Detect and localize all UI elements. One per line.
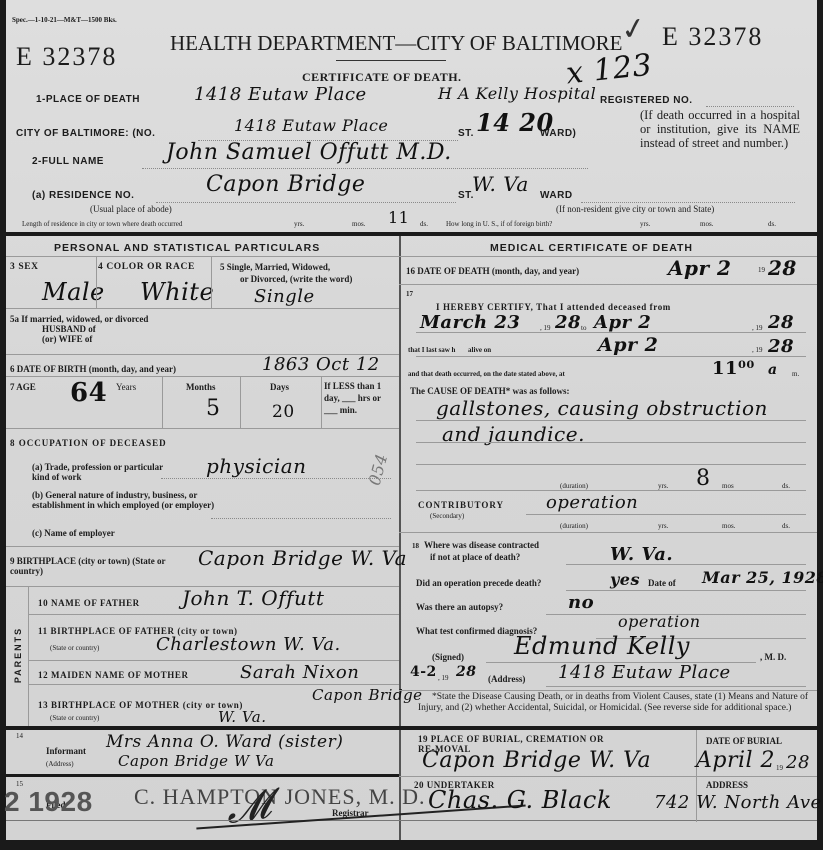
duration-months-value: 8 [696, 466, 711, 491]
burial-date-label: DATE OF BURIAL [706, 736, 782, 746]
undertaker-value: Chas. G. Black [428, 786, 612, 814]
personal-section-title: PERSONAL AND STATISTICAL PARTICULARS [54, 242, 320, 254]
attended-from-value: March 23 [420, 312, 520, 333]
last-saw-value: Apr 2 [598, 334, 658, 356]
mother-label: 12 MAIDEN NAME OF MOTHER [38, 670, 189, 680]
duration-label: (duration) [560, 482, 588, 490]
page-title: HEALTH DEPARTMENT—CITY OF BALTIMORE [170, 31, 622, 56]
marital-label: 5 Single, Married, Widowed, [220, 262, 330, 272]
operation-date-label: Date of [648, 578, 676, 588]
duration-ds-label: ds. [782, 482, 790, 490]
certificate-item-number: 17 [406, 290, 413, 298]
length-days-value: 11 [388, 208, 409, 227]
death-time-value: 11⁰⁰ [712, 358, 755, 379]
signed-label: (Signed) [432, 652, 464, 662]
last-saw-year: 28 [768, 336, 794, 357]
age-months-label: Months [186, 382, 216, 392]
checkmark-icon: ✓ [618, 10, 649, 49]
foreign-mos-label: mos. [700, 220, 713, 228]
age-less-label: If LESS than 1 day, ___ hrs or ___ min. [324, 380, 396, 416]
length-of-residence-label: Length of residence in city or town wher… [22, 220, 182, 228]
duration2-ds-label: ds. [782, 522, 790, 530]
death-time-suffix: m. [792, 370, 799, 378]
attended-to-year-prefix: , 19 [752, 324, 763, 332]
cause-of-death-line-1: gallstones, causing obstruction [436, 396, 768, 420]
footnote: *State the Disease Causing Death, or in … [418, 692, 808, 714]
attended-to-connector: to [581, 324, 586, 332]
signed-year-prefix: , 19 [438, 674, 449, 682]
medical-section-title: MEDICAL CERTIFICATE OF DEATH [490, 242, 693, 254]
duration2-yrs-label: yrs. [658, 522, 668, 530]
birthplace-label: 9 BIRTHPLACE (city or town) (State or co… [10, 556, 190, 576]
city-label: CITY OF BALTIMORE: (NO. [16, 128, 155, 139]
autopsy-label: Was there an autopsy? [416, 602, 503, 612]
race-label: 4 COLOR OR RACE [98, 262, 195, 272]
place-of-death-label: 1-PLACE OF DEATH [36, 94, 140, 105]
residence-ward-label: WARD [540, 190, 573, 201]
foreign-birth-label: How long in U. S., if of foreign birth? [446, 220, 552, 228]
contracted-value: W. Va. [610, 544, 673, 565]
full-name-label: 2-FULL NAME [32, 156, 104, 167]
father-birthplace-value: Charlestown W. Va. [156, 634, 341, 655]
autopsy-value: no [568, 592, 594, 613]
last-saw-year-prefix: , 19 [752, 346, 763, 354]
wife-label: (or) WIFE of [42, 334, 92, 344]
attended-from-year-prefix: , 19 [540, 324, 551, 332]
foreign-ds-label: ds. [768, 220, 776, 228]
street-label: ST. [458, 128, 474, 139]
burial-date-year: 28 [786, 752, 810, 773]
last-saw-label-2: alive on [468, 346, 491, 354]
duration-yrs-label: yrs. [658, 482, 668, 490]
age-days-value: 20 [272, 402, 295, 422]
registered-no-label: REGISTERED NO. [600, 95, 693, 106]
age-years-label: Years [116, 382, 136, 392]
signed-address-value: 1418 Eutaw Place [558, 662, 731, 683]
informant-value: Mrs Anna O. Ward (sister) [106, 732, 343, 752]
attended-from-year: 28 [555, 312, 581, 333]
spec-line: Spec.—1-10-21—M&T—1500 Bks. [12, 16, 117, 24]
father-label: 10 NAME OF FATHER [38, 598, 140, 608]
burial-date-year-prefix: 19 [776, 764, 783, 772]
non-resident-note: (If non-resident give city or town and S… [556, 204, 714, 214]
filed-stamp-date: 2 1928 [4, 786, 93, 818]
occupation-industry-label: (b) General nature of industry, business… [32, 490, 232, 510]
dob-label: 6 DATE OF BIRTH (month, day, and year) [10, 364, 176, 374]
informant-label: Informant [46, 746, 86, 756]
undertaker-address-label: ADDRESS [706, 780, 748, 790]
length-yrs-label: yrs. [294, 220, 304, 228]
birthplace-value: Capon Bridge W. Va [198, 546, 407, 570]
date-of-death-value: Apr 2 [668, 256, 731, 280]
death-time-label: and that death occurred, on the date sta… [408, 370, 565, 378]
foreign-yrs-label: yrs. [640, 220, 650, 228]
mother-value: Sarah Nixon [240, 662, 359, 683]
marital-label-2: or Divorced, (write the word) [240, 274, 352, 284]
age-label: 7 AGE [10, 382, 36, 392]
death-certificate: Spec.—1-10-21—M&T—1500 Bks. E 32378 HEAL… [6, 0, 817, 840]
test-value: operation [618, 612, 701, 631]
duration2-mos-label: mos. [722, 522, 735, 530]
attended-to-year: 28 [768, 312, 794, 333]
contracted-number: 18 [412, 542, 419, 550]
contracted-label: Where was disease contracted [424, 540, 539, 550]
operation-value: yes [610, 570, 640, 589]
father-birthplace-sublabel: (State or country) [50, 644, 99, 652]
certificate-number-right: E 32378 [662, 22, 763, 52]
last-saw-label: that I last saw h [408, 346, 455, 354]
operation-date-value: Mar 25, 1928 [702, 568, 823, 587]
contributory-sublabel: (Secondary) [430, 512, 464, 520]
mother-birthplace-label: 13 BIRTHPLACE OF MOTHER (city or town) [38, 700, 243, 710]
ward-label: WARD) [540, 128, 576, 139]
age-days-label: Days [270, 382, 289, 392]
signed-date: 4-2 [410, 664, 437, 680]
death-time-ampm: a [768, 362, 778, 378]
physician-signature: Edmund Kelly [514, 632, 690, 660]
informant-address-value: Capon Bridge W Va [118, 752, 274, 770]
mother-birthplace-city: Capon Bridge [312, 686, 423, 704]
occupation-code: 054 [365, 452, 392, 488]
attended-to-value: Apr 2 [594, 312, 651, 333]
duration2-label: (duration) [560, 522, 588, 530]
residence-label: (a) RESIDENCE NO. [32, 190, 134, 201]
sex-label: 3 SEX [10, 262, 39, 272]
age-years-value: 64 [70, 378, 107, 408]
usual-place-note: (Usual place of abode) [90, 204, 172, 214]
contributory-label: CONTRIBUTORY [418, 500, 504, 510]
certificate-subtitle: CERTIFICATE OF DEATH. [302, 70, 462, 85]
occupation-trade-label: (a) Trade, profession or particular kind… [32, 462, 172, 482]
full-name-value: John Samuel Offutt M.D. [166, 140, 452, 165]
contracted-label-2: if not at place of death? [430, 552, 520, 562]
residence-street-value: W. Va [472, 172, 529, 196]
certify-text: I HEREBY CERTIFY, That I attended deceas… [436, 302, 671, 312]
hospital-value: H A Kelly Hospital [438, 84, 596, 103]
employer-label: (c) Name of employer [32, 528, 115, 538]
informant-address-label: (Address) [46, 760, 74, 768]
undertaker-address-value: 742 W. North Ave [654, 792, 822, 813]
mother-birthplace-sublabel: (State or country) [50, 714, 99, 722]
city-number-value: 1418 Eutaw Place [234, 116, 388, 135]
signed-address-label: (Address) [488, 674, 525, 684]
occupation-label: 8 OCCUPATION OF DECEASED [10, 438, 167, 448]
spouse-label: 5a If married, widowed, or divorced [10, 314, 148, 324]
length-mos-label: mos. [352, 220, 365, 228]
parents-label: PARENTS [13, 627, 23, 683]
occupation-trade-value: physician [206, 454, 307, 478]
age-months-value: 5 [206, 396, 221, 421]
race-value: White [140, 278, 214, 306]
operation-label: Did an operation precede death? [416, 578, 541, 588]
residence-value: Capon Bridge [206, 172, 365, 197]
duration-mos-label: mos [722, 482, 734, 490]
burial-date-value: April 2 [696, 748, 775, 773]
place-of-death-value: 1418 Eutaw Place [194, 84, 367, 105]
cause-of-death-label: The CAUSE OF DEATH* was as follows: [410, 386, 570, 396]
burial-place-value: Capon Bridge W. Va [422, 748, 651, 773]
length-ds-label: ds. [420, 220, 428, 228]
contributory-value: operation [546, 492, 638, 513]
husband-label: HUSBAND of [42, 324, 96, 334]
dob-value: 1863 Oct 12 [262, 354, 380, 375]
signed-suffix: , M. D. [760, 652, 786, 662]
date-of-death-label: 16 DATE OF DEATH (month, day, and year) [406, 266, 579, 276]
registrar-name: C. HAMPTON JONES, M. D. [134, 784, 426, 810]
informant-number: 14 [16, 732, 23, 740]
marital-value: Single [254, 286, 315, 307]
signed-year: 28 [456, 664, 476, 680]
mother-birthplace-state: W. Va. [218, 708, 267, 726]
father-value: John T. Offutt [182, 586, 324, 610]
hospital-note: (If death occurred in a hospital or inst… [640, 108, 800, 150]
certificate-number-left: E 32378 [16, 42, 117, 72]
date-of-death-year-prefix: 19 [758, 266, 765, 274]
date-of-death-year: 28 [768, 256, 797, 280]
